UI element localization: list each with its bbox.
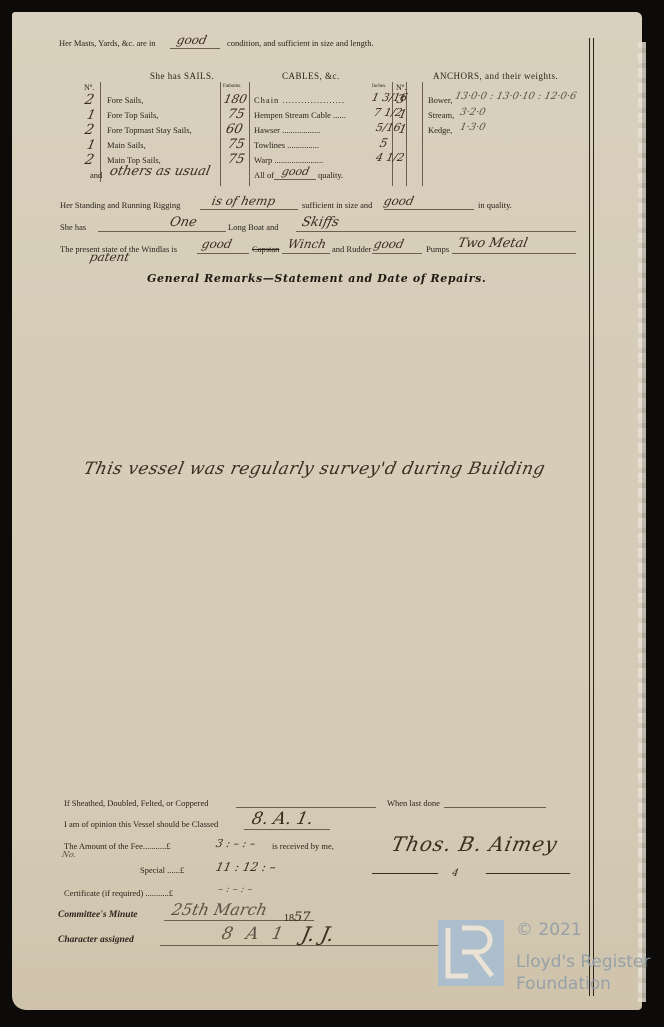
sail-count: 1 bbox=[85, 108, 96, 123]
underline bbox=[197, 253, 249, 254]
signature-underline bbox=[372, 873, 438, 874]
cables-all-of-suffix: quality. bbox=[318, 170, 343, 180]
masts-label: Her Masts, Yards, &c. are in bbox=[59, 38, 156, 48]
windlass-value: good bbox=[201, 237, 234, 251]
cable-fathoms: 75 bbox=[226, 152, 246, 167]
classed-value: 8. A. 1. bbox=[250, 809, 315, 829]
certificate-value: – : – : – bbox=[217, 884, 254, 895]
cable-inches: 5 bbox=[379, 136, 390, 150]
sail-label: Main Sails, bbox=[107, 140, 146, 150]
cable-label: Chain .................... bbox=[254, 95, 345, 105]
underline bbox=[384, 209, 474, 210]
winch-value: Winch bbox=[287, 237, 328, 251]
sheathing-label: If Sheathed, Doubled, Felted, or Coppere… bbox=[64, 798, 208, 808]
cables-all-of-label: All of bbox=[254, 170, 274, 180]
inches-label: Inches. bbox=[372, 84, 386, 89]
remarks-title: General Remarks—Statement and Date of Re… bbox=[147, 272, 486, 285]
boats-count: One bbox=[168, 215, 198, 230]
fee-label: The Amount of the Fee...........£ bbox=[64, 841, 170, 851]
sails-heading: She has SAILS. bbox=[150, 71, 214, 81]
anchor-label: Stream, bbox=[428, 110, 454, 120]
anchor-weight: 13·0·0 : 13·0·10 : 12·0·6 bbox=[454, 91, 578, 102]
rigging-label: Her Standing and Running Rigging bbox=[60, 200, 180, 210]
margin-double-rule bbox=[589, 38, 594, 996]
sail-count: 1 bbox=[85, 138, 96, 153]
lr-logo-icon bbox=[438, 920, 504, 986]
column-rule bbox=[220, 82, 221, 186]
rigging-suffix: in quality. bbox=[478, 200, 512, 210]
underline bbox=[200, 209, 298, 210]
sail-count: 2 bbox=[83, 122, 95, 138]
anchor-label: Kedge, bbox=[428, 125, 452, 135]
boats-second-value: Skiffs bbox=[300, 215, 340, 230]
rudder-label: and Rudder bbox=[332, 244, 371, 254]
fathoms-label: Fathoms. bbox=[223, 84, 241, 89]
cables-all-of-value: good bbox=[281, 165, 311, 178]
surveyor-signature: Thos. B. Aimey bbox=[389, 832, 560, 856]
fee-value: 3 : – : – bbox=[215, 837, 257, 850]
underline bbox=[282, 253, 330, 254]
rigging-value: is of hemp bbox=[211, 194, 277, 208]
cable-label: Towlines ............... bbox=[254, 140, 319, 150]
boats-middle: Long Boat and bbox=[228, 222, 279, 232]
cable-fathoms: 75 bbox=[226, 137, 246, 152]
watermark-copyright: © 2021 bbox=[516, 920, 582, 940]
remarks-text: This vessel was regularly survey'd durin… bbox=[82, 459, 547, 479]
underline bbox=[274, 179, 316, 180]
underline bbox=[236, 807, 376, 808]
underline bbox=[98, 231, 226, 232]
underline bbox=[372, 253, 422, 254]
cable-fathoms: 180 bbox=[223, 92, 249, 106]
when-last-done-label: When last done bbox=[387, 798, 440, 808]
anchor-weight: 1·3·0 bbox=[459, 122, 487, 133]
lloyds-register-logo bbox=[438, 920, 504, 986]
underline bbox=[244, 829, 330, 830]
cable-label: Hempen Stream Cable ...... bbox=[254, 110, 346, 120]
sail-label: Fore Topmast Stay Sails, bbox=[107, 125, 192, 135]
watermark-org-line2: Foundation bbox=[516, 974, 611, 994]
pumps-label: Pumps bbox=[426, 244, 449, 254]
sail-label: Fore Top Sails, bbox=[107, 110, 158, 120]
signature-underline bbox=[486, 873, 570, 874]
sail-label: Fore Sails, bbox=[107, 95, 143, 105]
sails-and-value: others as usual bbox=[108, 164, 211, 179]
special-value: 11 : 12 : – bbox=[215, 860, 278, 874]
sail-count: 2 bbox=[83, 92, 95, 108]
rigging-middle: sufficient in size and bbox=[302, 200, 372, 210]
cable-inches: 4 1/2 bbox=[375, 151, 406, 164]
sails-no-label: Nº. bbox=[84, 83, 94, 92]
cable-fathoms: 60 bbox=[224, 122, 244, 137]
fee-margin-note: No. bbox=[61, 850, 77, 859]
boats-label: She has bbox=[60, 222, 86, 232]
watermark-org-line1: Lloyd's Register bbox=[516, 952, 650, 972]
cable-label: Hawser .................. bbox=[254, 125, 320, 135]
rigging-quality-value: good bbox=[383, 194, 416, 208]
classed-label: I am of opinion this Vessel should be Cl… bbox=[64, 819, 218, 829]
committee-label: Committee's Minute bbox=[58, 910, 137, 920]
cables-heading: CABLES, &c. bbox=[282, 71, 340, 81]
character-initials: J. J. bbox=[299, 922, 336, 946]
cable-label: Warp ....................... bbox=[254, 155, 323, 165]
pumps-value: Two Metal bbox=[456, 236, 529, 251]
signature-mark: 4 bbox=[451, 868, 460, 879]
committee-date: 25th March bbox=[170, 900, 269, 919]
certificate-label: Certificate (if required) ...........£ bbox=[64, 888, 173, 898]
column-rule bbox=[100, 82, 101, 182]
column-rule bbox=[249, 82, 250, 186]
capstan-struck: Capstan bbox=[252, 244, 279, 254]
masts-suffix: condition, and sufficient in size and le… bbox=[227, 38, 374, 48]
cable-fathoms: 75 bbox=[226, 107, 246, 122]
underline bbox=[444, 807, 546, 808]
fee-suffix: is received by me, bbox=[272, 841, 334, 851]
rudder-value: good bbox=[373, 237, 406, 251]
anchor-label: Bower, bbox=[428, 95, 452, 105]
sails-and-label: and bbox=[90, 170, 102, 180]
character-value: 8 A 1 bbox=[220, 924, 289, 944]
survey-report-page: Her Masts, Yards, &c. are in good condit… bbox=[12, 12, 642, 1010]
masts-underline bbox=[170, 48, 220, 49]
anchors-heading: ANCHORS, and their weights. bbox=[433, 71, 558, 81]
special-label: Special ......£ bbox=[140, 865, 184, 875]
underline bbox=[296, 231, 576, 232]
anchor-weight: 3·2·0 bbox=[459, 107, 487, 118]
character-label: Character assigned bbox=[58, 935, 134, 945]
windlass-note: patent bbox=[89, 250, 131, 264]
underline bbox=[452, 253, 576, 254]
masts-value: good bbox=[176, 33, 209, 47]
sail-count: 2 bbox=[83, 152, 95, 168]
column-rule bbox=[422, 82, 423, 186]
